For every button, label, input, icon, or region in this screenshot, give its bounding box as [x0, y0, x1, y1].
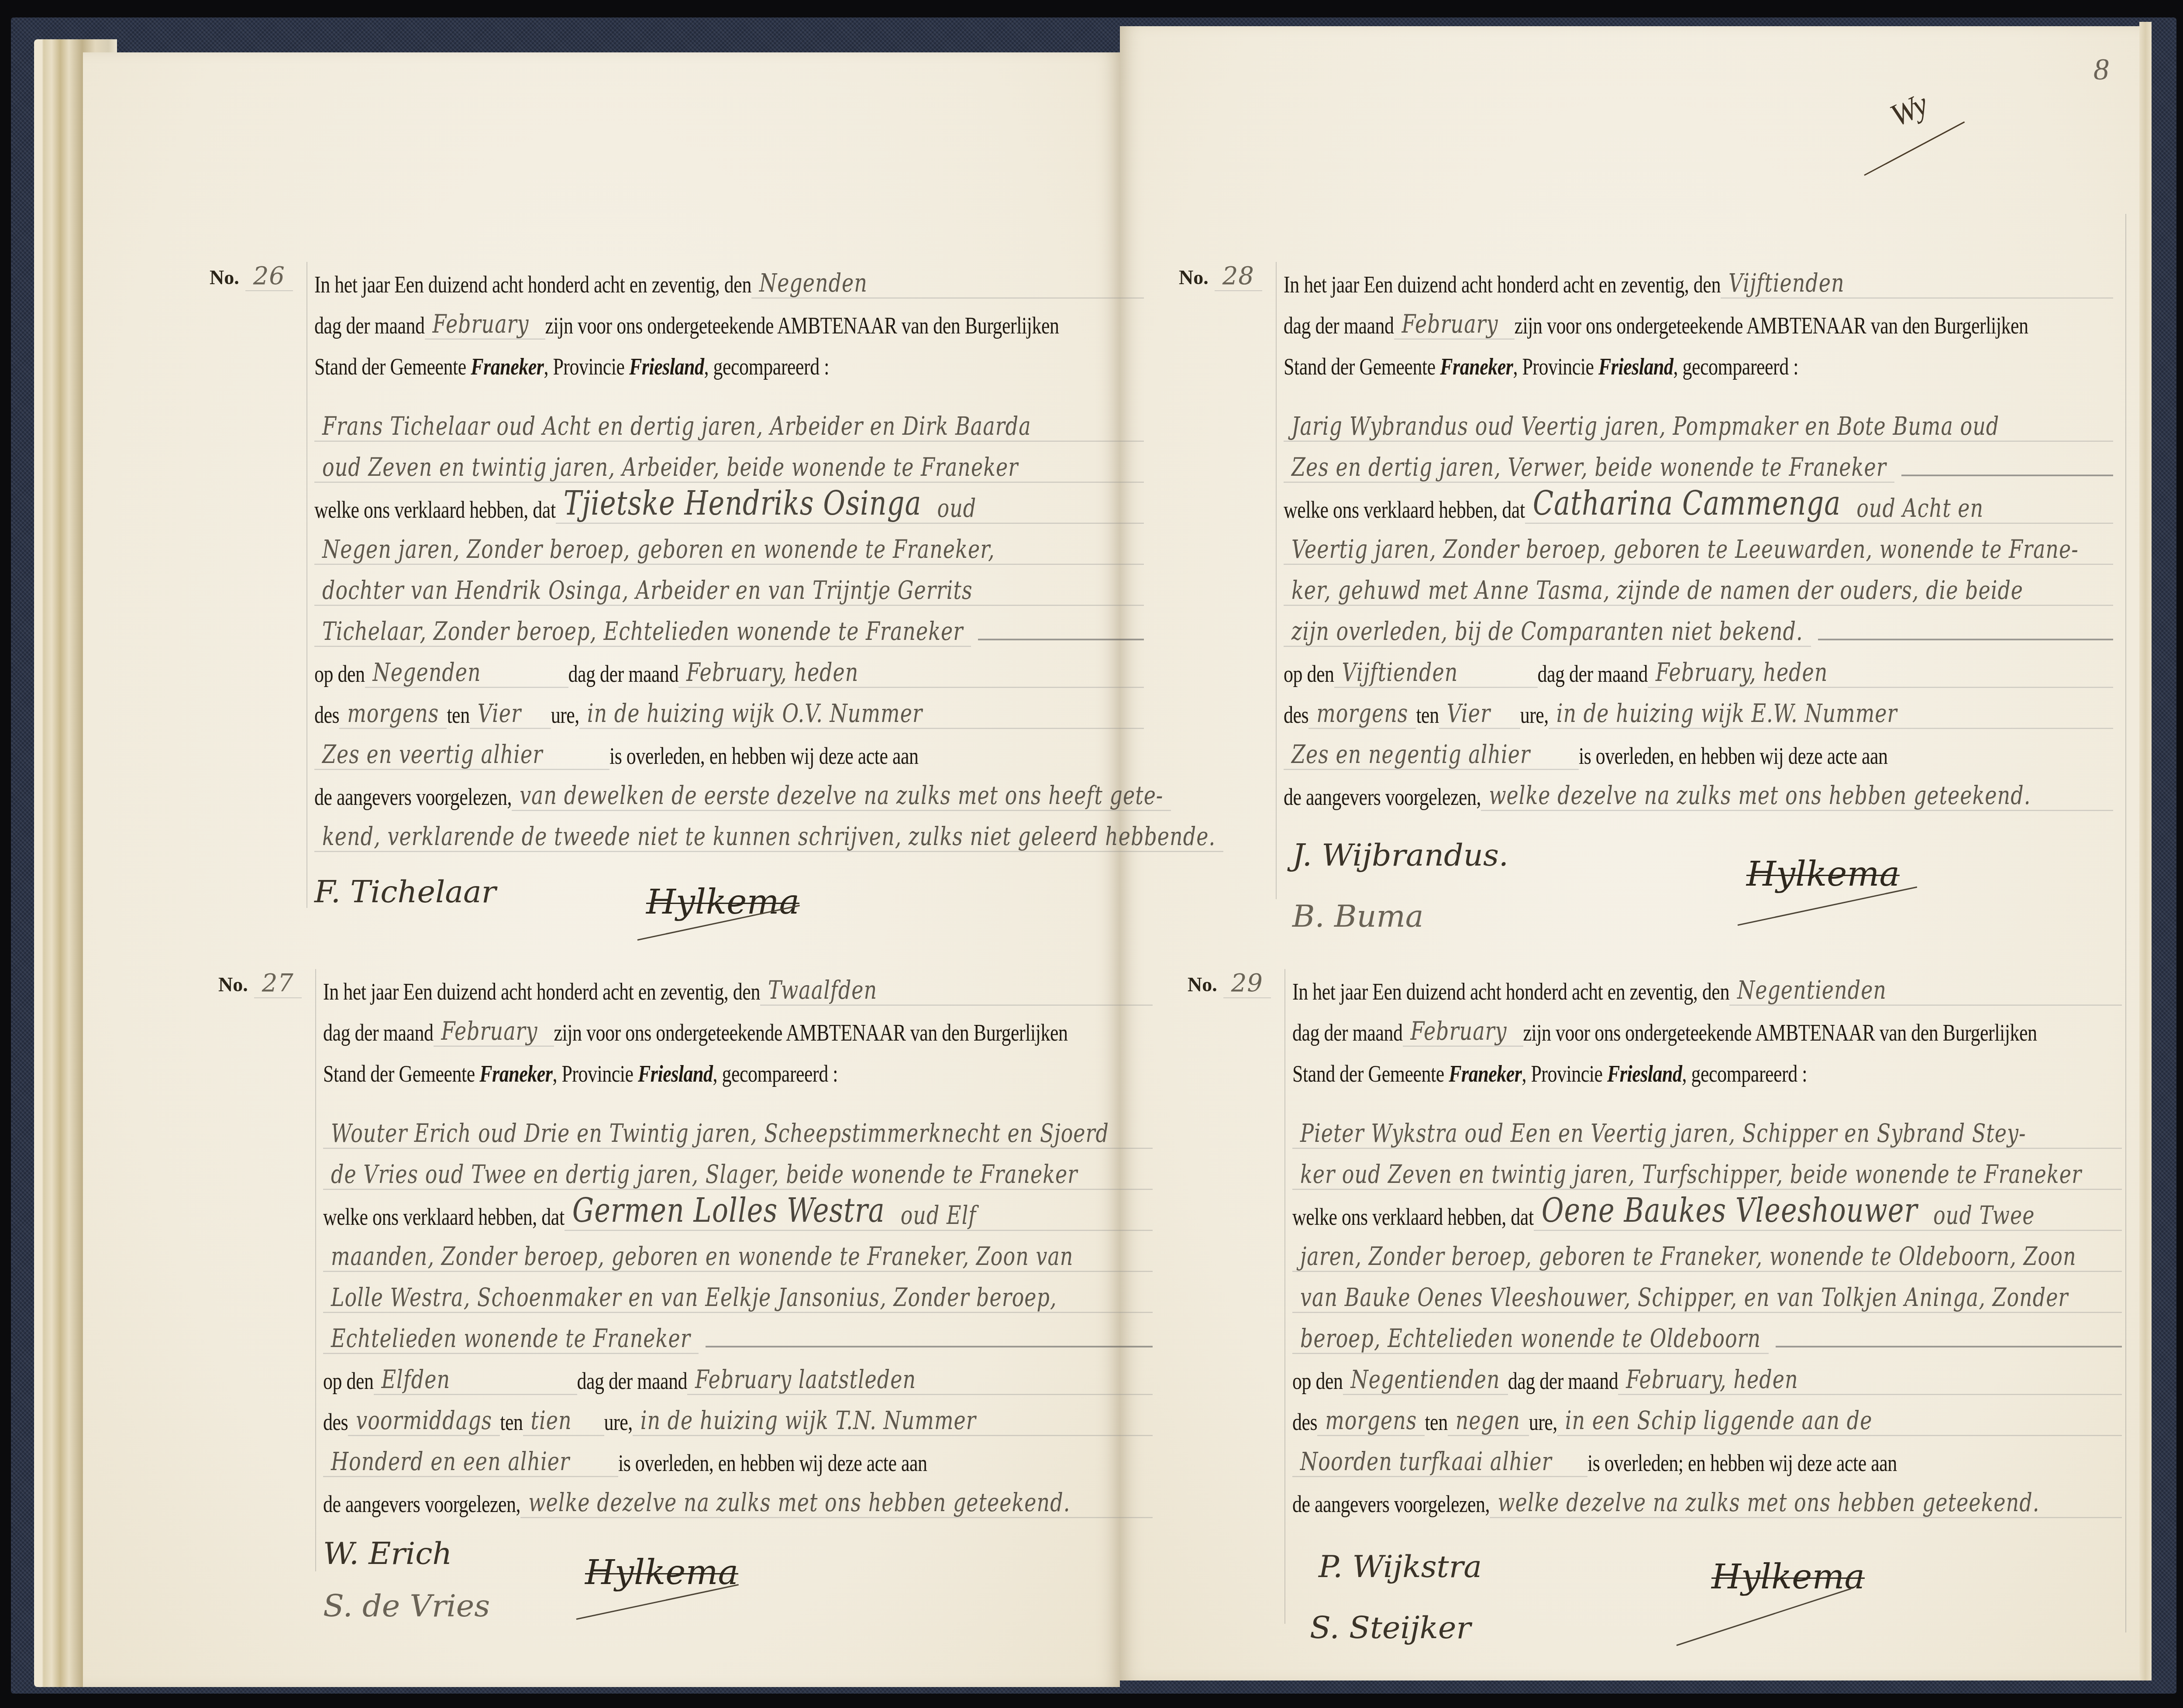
read-aloud-line: de aangevers voorgelezen,welke dezelve n… [1284, 764, 2113, 816]
record-margin-line [306, 262, 307, 908]
witness-signature: B. Buma [1292, 898, 1424, 934]
record-margin-line [1276, 262, 1277, 899]
margin-rule [2125, 214, 2126, 1632]
record-number: No.28 [1179, 262, 1262, 290]
witness-signature: F. Tichelaar [314, 874, 496, 910]
witness-signature: P. Wijkstra [1319, 1549, 1482, 1584]
witness-signature: J. Wijbrandus. [1292, 837, 1508, 873]
stand-line: Stand der Gemeente Franeker, Provincie F… [314, 334, 1144, 385]
page-number: 8 [2093, 52, 2109, 87]
official-signature: Hylkema [585, 1553, 738, 1592]
record-number: No.26 [210, 262, 293, 290]
record-number: No.29 [1188, 969, 1271, 997]
signatures: W. Erich S. de Vries Hylkema [323, 1531, 1153, 1671]
record-29: No.29 In het jaar Een duizend acht honde… [1292, 969, 2122, 1671]
record-margin-line [1284, 969, 1285, 1624]
signatures: J. Wijbrandus. B. Buma Hylkema [1284, 824, 2113, 964]
witness-signature: S. de Vries [323, 1588, 490, 1624]
record-26: No.26 In het jaar Een duizend acht honde… [314, 262, 1144, 1005]
signature-flourish [1677, 1588, 1851, 1646]
closing-line-2: kend, verklarende de tweede niet te kunn… [314, 805, 1144, 857]
record-28: No.28 In het jaar Een duizend acht honde… [1284, 262, 2113, 964]
record-27: No.27 In het jaar Een duizend acht honde… [323, 969, 1153, 1671]
record-number: No.27 [218, 969, 302, 997]
signatures: P. Wijkstra S. Steijker Hylkema [1292, 1531, 2122, 1671]
stand-line: Stand der Gemeente Franeker, Provincie F… [323, 1041, 1153, 1093]
stand-line: Stand der Gemeente Franeker, Provincie F… [1284, 334, 2113, 385]
record-margin-line [315, 969, 316, 1571]
read-aloud-line: de aangevers voorgelezen,welke dezelve n… [1292, 1471, 2122, 1523]
read-aloud-line: de aangevers voorgelezen,welke dezelve n… [323, 1471, 1153, 1523]
witness-signature: S. Steijker [1310, 1610, 1471, 1646]
page-stack-right [2139, 22, 2152, 1681]
official-signature: Hylkema [646, 883, 799, 922]
witness-signature: W. Erich [323, 1536, 452, 1571]
stand-line: Stand der Gemeente Franeker, Provincie F… [1292, 1041, 2122, 1093]
official-signature: Hylkema [1746, 855, 1900, 894]
